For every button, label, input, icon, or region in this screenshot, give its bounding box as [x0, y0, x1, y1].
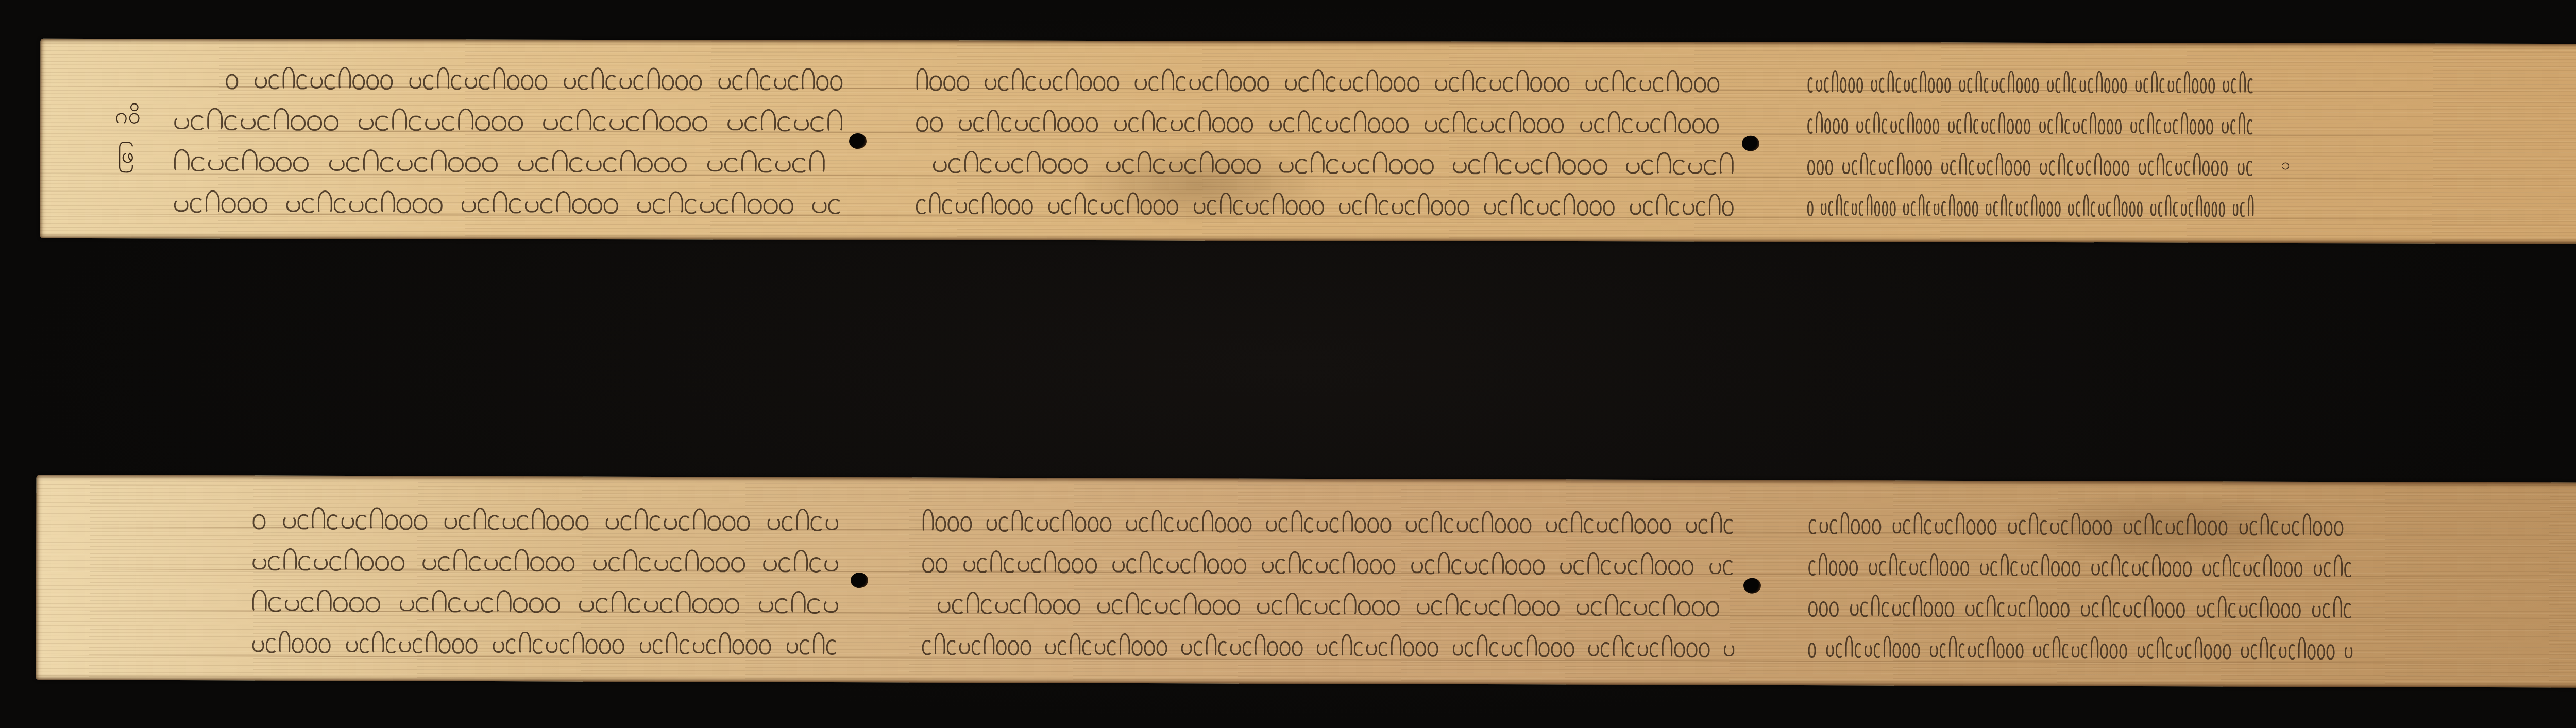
script-glyph [2202, 562, 2211, 576]
script-glyph [1628, 560, 1639, 575]
script-glyph [703, 75, 717, 90]
script-glyph [1475, 601, 1487, 615]
script-glyph [252, 638, 264, 652]
script-glyph [1872, 519, 1881, 534]
script-glyph [1267, 641, 1278, 656]
script-glyph [1888, 160, 1895, 175]
script-glyph [1058, 558, 1070, 573]
script-glyph [332, 638, 344, 653]
script-glyph [777, 116, 792, 132]
script-glyph [1816, 78, 1822, 92]
script-glyph [508, 116, 523, 131]
script-glyph [1612, 70, 1624, 92]
script-glyph [2053, 636, 2061, 658]
script-glyph [1438, 552, 1450, 575]
script-glyph [669, 191, 683, 214]
script-glyph [1247, 159, 1261, 174]
script-glyph [1939, 643, 1947, 658]
script-glyph [2092, 520, 2102, 535]
script-glyph [1004, 558, 1016, 573]
script-glyph [2104, 78, 2111, 93]
script-glyph [1411, 560, 1423, 574]
script-glyph [1212, 117, 1225, 133]
script-glyph [1871, 594, 1880, 617]
script-glyph [1148, 76, 1160, 91]
script-glyph [1653, 77, 1665, 92]
manuscript-text-line-1 [36, 503, 2576, 547]
script-glyph [2060, 602, 2070, 618]
script-glyph [823, 599, 838, 613]
script-glyph [327, 514, 340, 530]
script-glyph [1928, 77, 1935, 93]
script-glyph [391, 556, 404, 571]
script-glyph [1153, 158, 1167, 174]
script-glyph [2193, 153, 2201, 176]
script-glyph [1859, 560, 1867, 576]
script-glyph [588, 198, 602, 214]
script-glyph [794, 550, 808, 573]
script-glyph [971, 640, 982, 655]
script-glyph [1031, 558, 1043, 573]
script-glyph [1904, 78, 1910, 92]
script-glyph [733, 639, 744, 654]
script-glyph [1635, 518, 1646, 534]
script-glyph [772, 639, 785, 655]
script-glyph [1503, 593, 1516, 616]
script-glyph [1498, 200, 1510, 216]
script-glyph [2208, 520, 2217, 535]
script-glyph [1203, 76, 1215, 92]
script-glyph [809, 150, 825, 173]
script-glyph [644, 599, 658, 612]
script-glyph [1184, 117, 1197, 132]
script-glyph [2055, 78, 2062, 93]
script-glyph [1280, 641, 1291, 656]
script-glyph [237, 198, 251, 213]
script-glyph [556, 191, 571, 214]
script-glyph [1818, 643, 1825, 658]
script-glyph [1420, 159, 1434, 174]
script-glyph [1231, 159, 1245, 174]
script-glyph [2165, 602, 2175, 618]
script-glyph [1999, 78, 2006, 93]
script-glyph [2208, 78, 2215, 94]
script-glyph [1808, 601, 1818, 617]
script-glyph [2016, 78, 2023, 93]
script-glyph [946, 640, 957, 655]
script-glyph [752, 516, 766, 531]
script-glyph [1099, 117, 1113, 132]
script-glyph [675, 75, 688, 90]
script-glyph [1039, 77, 1051, 90]
script-glyph [1101, 200, 1113, 214]
script-glyph [1719, 152, 1733, 175]
script-glyph [2139, 119, 2145, 134]
script-glyph [1959, 79, 1965, 92]
script-glyph [825, 517, 838, 530]
script-glyph [1397, 559, 1409, 574]
script-glyph [416, 597, 430, 612]
script-glyph [1257, 76, 1269, 92]
script-glyph [524, 116, 541, 131]
script-glyph [922, 509, 934, 532]
script-glyph [2216, 78, 2222, 94]
script-glyph [2223, 644, 2231, 660]
script-segment [226, 64, 844, 101]
script-glyph [349, 199, 364, 212]
script-glyph [1114, 118, 1127, 131]
script-glyph [792, 158, 808, 173]
script-glyph [2308, 644, 2316, 660]
script-glyph [984, 633, 994, 655]
script-glyph [2249, 603, 2259, 618]
script-glyph [1246, 201, 1258, 214]
script-glyph [1696, 201, 1707, 216]
script-glyph [1230, 642, 1241, 655]
script-glyph [948, 158, 962, 173]
script-segment [252, 586, 840, 624]
script-glyph [1533, 559, 1545, 575]
script-glyph [706, 639, 718, 654]
script-glyph [1135, 77, 1147, 90]
script-glyph [2014, 160, 2022, 176]
script-glyph [767, 517, 780, 530]
script-glyph [1597, 519, 1608, 533]
script-glyph [1503, 77, 1515, 92]
script-glyph [2090, 112, 2096, 134]
script-glyph [1916, 118, 1922, 134]
script-glyph [2239, 522, 2248, 535]
script-glyph [2247, 78, 2254, 94]
script-glyph [1601, 560, 1613, 575]
script-glyph [778, 557, 792, 573]
script-glyph [2165, 194, 2172, 217]
script-glyph [2064, 119, 2071, 134]
script-glyph [606, 516, 619, 530]
script-glyph [1452, 160, 1466, 174]
script-glyph [1062, 509, 1074, 532]
script-glyph [2072, 561, 2080, 577]
script-glyph [1207, 558, 1219, 574]
script-glyph [1850, 602, 1859, 616]
script-glyph [1864, 644, 1872, 657]
script-glyph [499, 556, 513, 571]
script-glyph [560, 116, 574, 131]
script-glyph [1353, 76, 1365, 92]
script-glyph [1138, 151, 1151, 174]
script-glyph [724, 158, 740, 173]
script-glyph [1664, 111, 1676, 133]
script-glyph [2047, 119, 2054, 134]
script-glyph [760, 75, 772, 91]
script-glyph [625, 639, 638, 654]
script-glyph [1100, 517, 1112, 532]
script-glyph [1270, 76, 1283, 92]
script-glyph [546, 556, 560, 571]
script-glyph [1405, 200, 1417, 215]
script-glyph [2050, 521, 2059, 534]
script-glyph [1902, 643, 1910, 658]
script-glyph [613, 639, 624, 654]
script-glyph [1706, 118, 1719, 134]
script-glyph [1514, 642, 1525, 657]
script-glyph [535, 157, 551, 172]
script-glyph [934, 633, 945, 655]
script-glyph [671, 157, 687, 172]
script-glyph [1948, 120, 1955, 133]
script-glyph [1808, 560, 1817, 576]
script-glyph [930, 116, 942, 132]
script-glyph [1505, 559, 1517, 575]
script-glyph [693, 508, 706, 531]
script-glyph [1590, 200, 1602, 216]
script-glyph [2001, 553, 2009, 576]
script-glyph [1829, 519, 1839, 534]
script-glyph [533, 638, 545, 654]
script-glyph [521, 75, 533, 90]
script-glyph [1189, 77, 1201, 90]
script-glyph [654, 157, 670, 172]
script-glyph [2155, 520, 2164, 535]
script-glyph [306, 638, 317, 653]
script-glyph [1053, 599, 1066, 614]
script-glyph [2143, 78, 2150, 93]
script-glyph [1156, 117, 1168, 132]
script-glyph [1299, 200, 1311, 215]
script-glyph [942, 199, 954, 214]
script-glyph [1269, 118, 1282, 132]
script-glyph [826, 639, 838, 655]
script-glyph [796, 509, 809, 531]
script-glyph [603, 157, 619, 172]
script-segment [174, 105, 844, 142]
script-glyph [1882, 601, 1891, 617]
script-glyph [807, 598, 822, 614]
script-glyph [2228, 603, 2238, 618]
script-glyph [1650, 118, 1663, 133]
script-glyph [363, 149, 379, 172]
script-glyph [1392, 201, 1403, 214]
script-glyph [963, 559, 975, 572]
script-glyph [365, 198, 380, 213]
script-glyph [1233, 200, 1245, 215]
script-glyph [2302, 603, 2310, 618]
script-glyph [341, 515, 354, 529]
script-glyph [746, 639, 758, 655]
script-glyph [2211, 202, 2217, 217]
script-segment [916, 65, 1735, 102]
script-glyph [2281, 603, 2290, 618]
script-glyph [1807, 77, 1814, 93]
script-glyph [1608, 159, 1624, 175]
script-glyph [933, 159, 947, 172]
script-glyph [1177, 518, 1188, 531]
script-glyph [2071, 602, 2079, 618]
script-glyph [2187, 513, 2196, 535]
script-glyph [1594, 118, 1606, 133]
script-glyph [2166, 644, 2174, 659]
script-glyph [1808, 519, 1818, 534]
script-glyph [1339, 201, 1351, 214]
script-glyph [1379, 200, 1391, 215]
script-glyph [318, 190, 332, 213]
script-glyph [1941, 161, 1949, 175]
script-glyph [519, 631, 531, 654]
manuscript-text-line-2 [40, 105, 2576, 146]
script-glyph [990, 550, 1002, 573]
script-glyph [1383, 559, 1395, 574]
script-glyph [2164, 120, 2171, 133]
script-glyph [2196, 195, 2202, 217]
script-glyph [207, 108, 222, 130]
script-glyph [2100, 644, 2108, 659]
script-glyph [604, 198, 618, 214]
script-glyph [1997, 602, 2006, 617]
script-glyph [1428, 642, 1438, 657]
script-glyph [437, 67, 449, 90]
script-glyph [1021, 199, 1033, 215]
script-glyph [759, 639, 771, 655]
script-glyph [1202, 510, 1213, 532]
script-glyph [653, 198, 667, 214]
script-glyph [1221, 558, 1232, 574]
script-glyph [561, 556, 575, 571]
script-glyph [1242, 600, 1256, 615]
script-segment [922, 547, 1736, 586]
script-glyph [579, 598, 594, 612]
script-glyph [1340, 117, 1352, 133]
script-glyph [1996, 153, 2004, 176]
script-glyph [1107, 640, 1118, 656]
script-glyph [654, 558, 668, 571]
script-glyph [1523, 118, 1535, 133]
script-glyph [779, 199, 793, 214]
script-glyph [1286, 200, 1298, 215]
script-glyph [1300, 600, 1313, 615]
script-glyph [612, 591, 626, 613]
script-glyph [2123, 603, 2132, 617]
script-glyph [1828, 201, 1835, 216]
script-glyph [375, 115, 390, 131]
script-glyph [1599, 77, 1611, 92]
script-glyph [1425, 559, 1436, 575]
script-glyph [2110, 644, 2118, 659]
script-glyph [1462, 70, 1474, 92]
script-glyph [1912, 77, 1919, 93]
script-glyph [292, 638, 304, 653]
script-glyph [1515, 160, 1529, 174]
script-glyph [1817, 160, 1824, 175]
script-glyph [2032, 119, 2038, 134]
script-glyph [1936, 77, 1943, 93]
script-glyph [1679, 118, 1691, 133]
script-glyph [1008, 640, 1019, 655]
script-glyph [973, 117, 986, 132]
script-glyph [1088, 517, 1099, 532]
script-glyph [811, 516, 824, 531]
script-glyph [268, 597, 283, 612]
script-glyph [1329, 641, 1340, 656]
script-glyph [2021, 562, 2029, 575]
script-segment [174, 146, 844, 183]
script-glyph [1692, 118, 1705, 133]
script-glyph [1893, 643, 1901, 658]
script-glyph [1358, 600, 1371, 615]
script-glyph [2202, 161, 2210, 176]
script-glyph [2124, 521, 2133, 534]
script-glyph [1949, 194, 1955, 217]
script-glyph [1439, 117, 1451, 133]
script-glyph [1329, 517, 1341, 533]
script-glyph [517, 515, 530, 530]
script-glyph [1037, 517, 1048, 531]
script-glyph [2071, 513, 2080, 535]
script-glyph [1492, 552, 1504, 575]
script-glyph [1848, 77, 1855, 93]
script-glyph [1856, 77, 1863, 93]
script-glyph [459, 515, 472, 530]
script-glyph [1721, 77, 1734, 93]
script-glyph [1200, 151, 1214, 174]
script-glyph [955, 200, 967, 213]
script-glyph [1677, 601, 1690, 616]
script-glyph [444, 516, 457, 529]
script-glyph [660, 598, 674, 613]
script-glyph [329, 556, 343, 571]
script-glyph [1373, 151, 1387, 174]
script-glyph [1489, 642, 1500, 657]
script-glyph [938, 600, 951, 613]
script-glyph [1482, 511, 1494, 533]
script-glyph [2024, 201, 2030, 217]
script-glyph [1067, 599, 1080, 614]
script-glyph [1903, 519, 1912, 535]
script-glyph [1291, 510, 1302, 533]
script-glyph [1440, 642, 1451, 657]
script-glyph [265, 638, 277, 653]
script-glyph [2091, 636, 2099, 659]
script-glyph [2204, 644, 2212, 659]
script-glyph [1453, 111, 1465, 133]
script-glyph [2294, 562, 2303, 577]
script-glyph [1044, 550, 1056, 573]
script-glyph [959, 641, 970, 654]
script-glyph [1080, 76, 1092, 91]
script-glyph [922, 640, 933, 655]
script-glyph [252, 556, 266, 569]
script-glyph [1722, 201, 1734, 216]
script-glyph [929, 192, 941, 214]
script-glyph [916, 116, 928, 132]
script-glyph [2137, 645, 2145, 658]
script-glyph [1279, 160, 1293, 173]
script-glyph [1431, 600, 1444, 616]
script-glyph [529, 597, 544, 613]
script-glyph [464, 598, 479, 612]
script-glyph [763, 558, 777, 571]
script-glyph [338, 67, 351, 90]
script-glyph [692, 116, 707, 131]
script-glyph [1114, 199, 1126, 215]
script-glyph [2204, 202, 2210, 217]
script-glyph [1869, 561, 1877, 575]
script-glyph [1987, 636, 1995, 658]
script-glyph [412, 638, 424, 653]
script-glyph [1184, 592, 1197, 615]
script-glyph [1365, 193, 1377, 215]
script-glyph [1660, 518, 1671, 534]
script-glyph [1180, 558, 1192, 574]
